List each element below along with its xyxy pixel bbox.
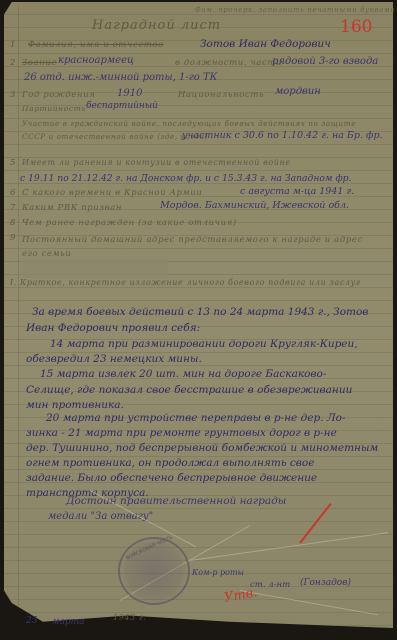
field-2-rank: красноармеец xyxy=(58,55,134,66)
header-top-note: Фам. прочерк. заполнить печатными буквам… xyxy=(195,6,395,14)
field-2-unit: 26 отд. инж.-минной роты, 1-го ТК xyxy=(24,72,217,83)
field-1-number: 1 xyxy=(10,40,16,50)
field-3-label2: Национальность xyxy=(178,90,264,100)
feat-line-4: обезвредил 23 немецких мины. xyxy=(26,353,202,365)
field-5-label: Имеет ли ранения и контузии в отечествен… xyxy=(22,158,291,167)
field-3-label: Год рождения xyxy=(22,90,95,100)
page-title: Наградной лист xyxy=(92,18,221,33)
field-5-number: 5 xyxy=(10,158,16,168)
feat-line-6: Селище, где показал свое бесстрашие в об… xyxy=(26,384,352,396)
field-4-value2: участник с 30.6 по 1.10.42 г. на Бр. фр. xyxy=(182,130,383,141)
field-9-label: Постоянный домашний адрес представляемог… xyxy=(22,233,382,261)
feat-line-11: огнем противника, он продолжал выполнять… xyxy=(26,457,314,469)
field-6-number: 6 xyxy=(10,188,16,198)
field-3-nationality: мордвин xyxy=(275,86,321,97)
field-6-label: С какого времени в Красной Армии xyxy=(22,188,202,198)
feat-line-8: 20 марта при устройстве переправы в р-не… xyxy=(46,412,346,424)
field-8-number: 8 xyxy=(10,218,16,228)
feat-line-12: задание. Было обеспечено беспрерывное дв… xyxy=(26,472,317,484)
feat-line-10: дер. Тушинино, под беспрерывной бомбежко… xyxy=(26,442,378,454)
field-8-label: Чем ранее награжден (за какие отличия) xyxy=(22,218,237,228)
conclusion-line-1: Достоин правительственной награды xyxy=(66,495,286,507)
redacted-area xyxy=(22,258,168,278)
field-2-label: Звание xyxy=(22,58,57,68)
feat-line-3: 14 марта при разминировании дороги Кругл… xyxy=(50,338,358,350)
feat-line-9: зинка - 21 марта при ремонте грунтовых д… xyxy=(26,427,337,439)
field-6-value: с августа м-ца 1941 г. xyxy=(240,186,354,197)
feat-line-1: За время боевых действий с 13 по 24 март… xyxy=(32,306,368,318)
red-page-number: 160 xyxy=(340,17,372,37)
signature-name: (Гонзадов) xyxy=(300,578,351,588)
date-month: марта xyxy=(52,617,85,627)
date-day: 25 xyxy=(26,616,37,626)
feat-heading: I. Краткое, конкретное изложение личного… xyxy=(10,276,380,290)
field-3-number: 3 xyxy=(10,90,16,100)
field-9-number: 9 xyxy=(10,233,16,243)
field-7-label: Каким РВК призван xyxy=(22,203,122,213)
field-3-year: 1910 xyxy=(117,88,142,99)
feat-line-7: мин противника. xyxy=(26,399,124,411)
date-year: 1943 г. xyxy=(113,613,147,622)
field-5-value: с 19.11 по 21.12.42 г. на Донском фр. и … xyxy=(20,173,351,184)
field-4-value: беспартийный xyxy=(86,101,158,111)
field-7-value: Мордов. Бахминский, Ижевской обл. xyxy=(160,200,349,211)
field-4-label: Партийность xyxy=(22,104,86,113)
field-1-label: Фамилия, имя и отчество xyxy=(28,40,164,50)
field-2-post: рядовой 3-го взвода xyxy=(272,56,378,67)
field-2-number: 2 xyxy=(10,58,16,68)
field-7-number: 7 xyxy=(10,203,16,213)
feat-line-2: Иван Федорович проявил себя: xyxy=(26,322,200,334)
feat-line-5: 15 марта извлек 20 шт. мин на дороге Бас… xyxy=(40,368,326,380)
signature-label: Ком-р роты xyxy=(192,568,244,577)
field-2-label2: в должности, части xyxy=(175,58,282,68)
margin-line xyxy=(18,6,19,606)
field-1-value: Зотов Иван Федорович xyxy=(200,38,331,50)
